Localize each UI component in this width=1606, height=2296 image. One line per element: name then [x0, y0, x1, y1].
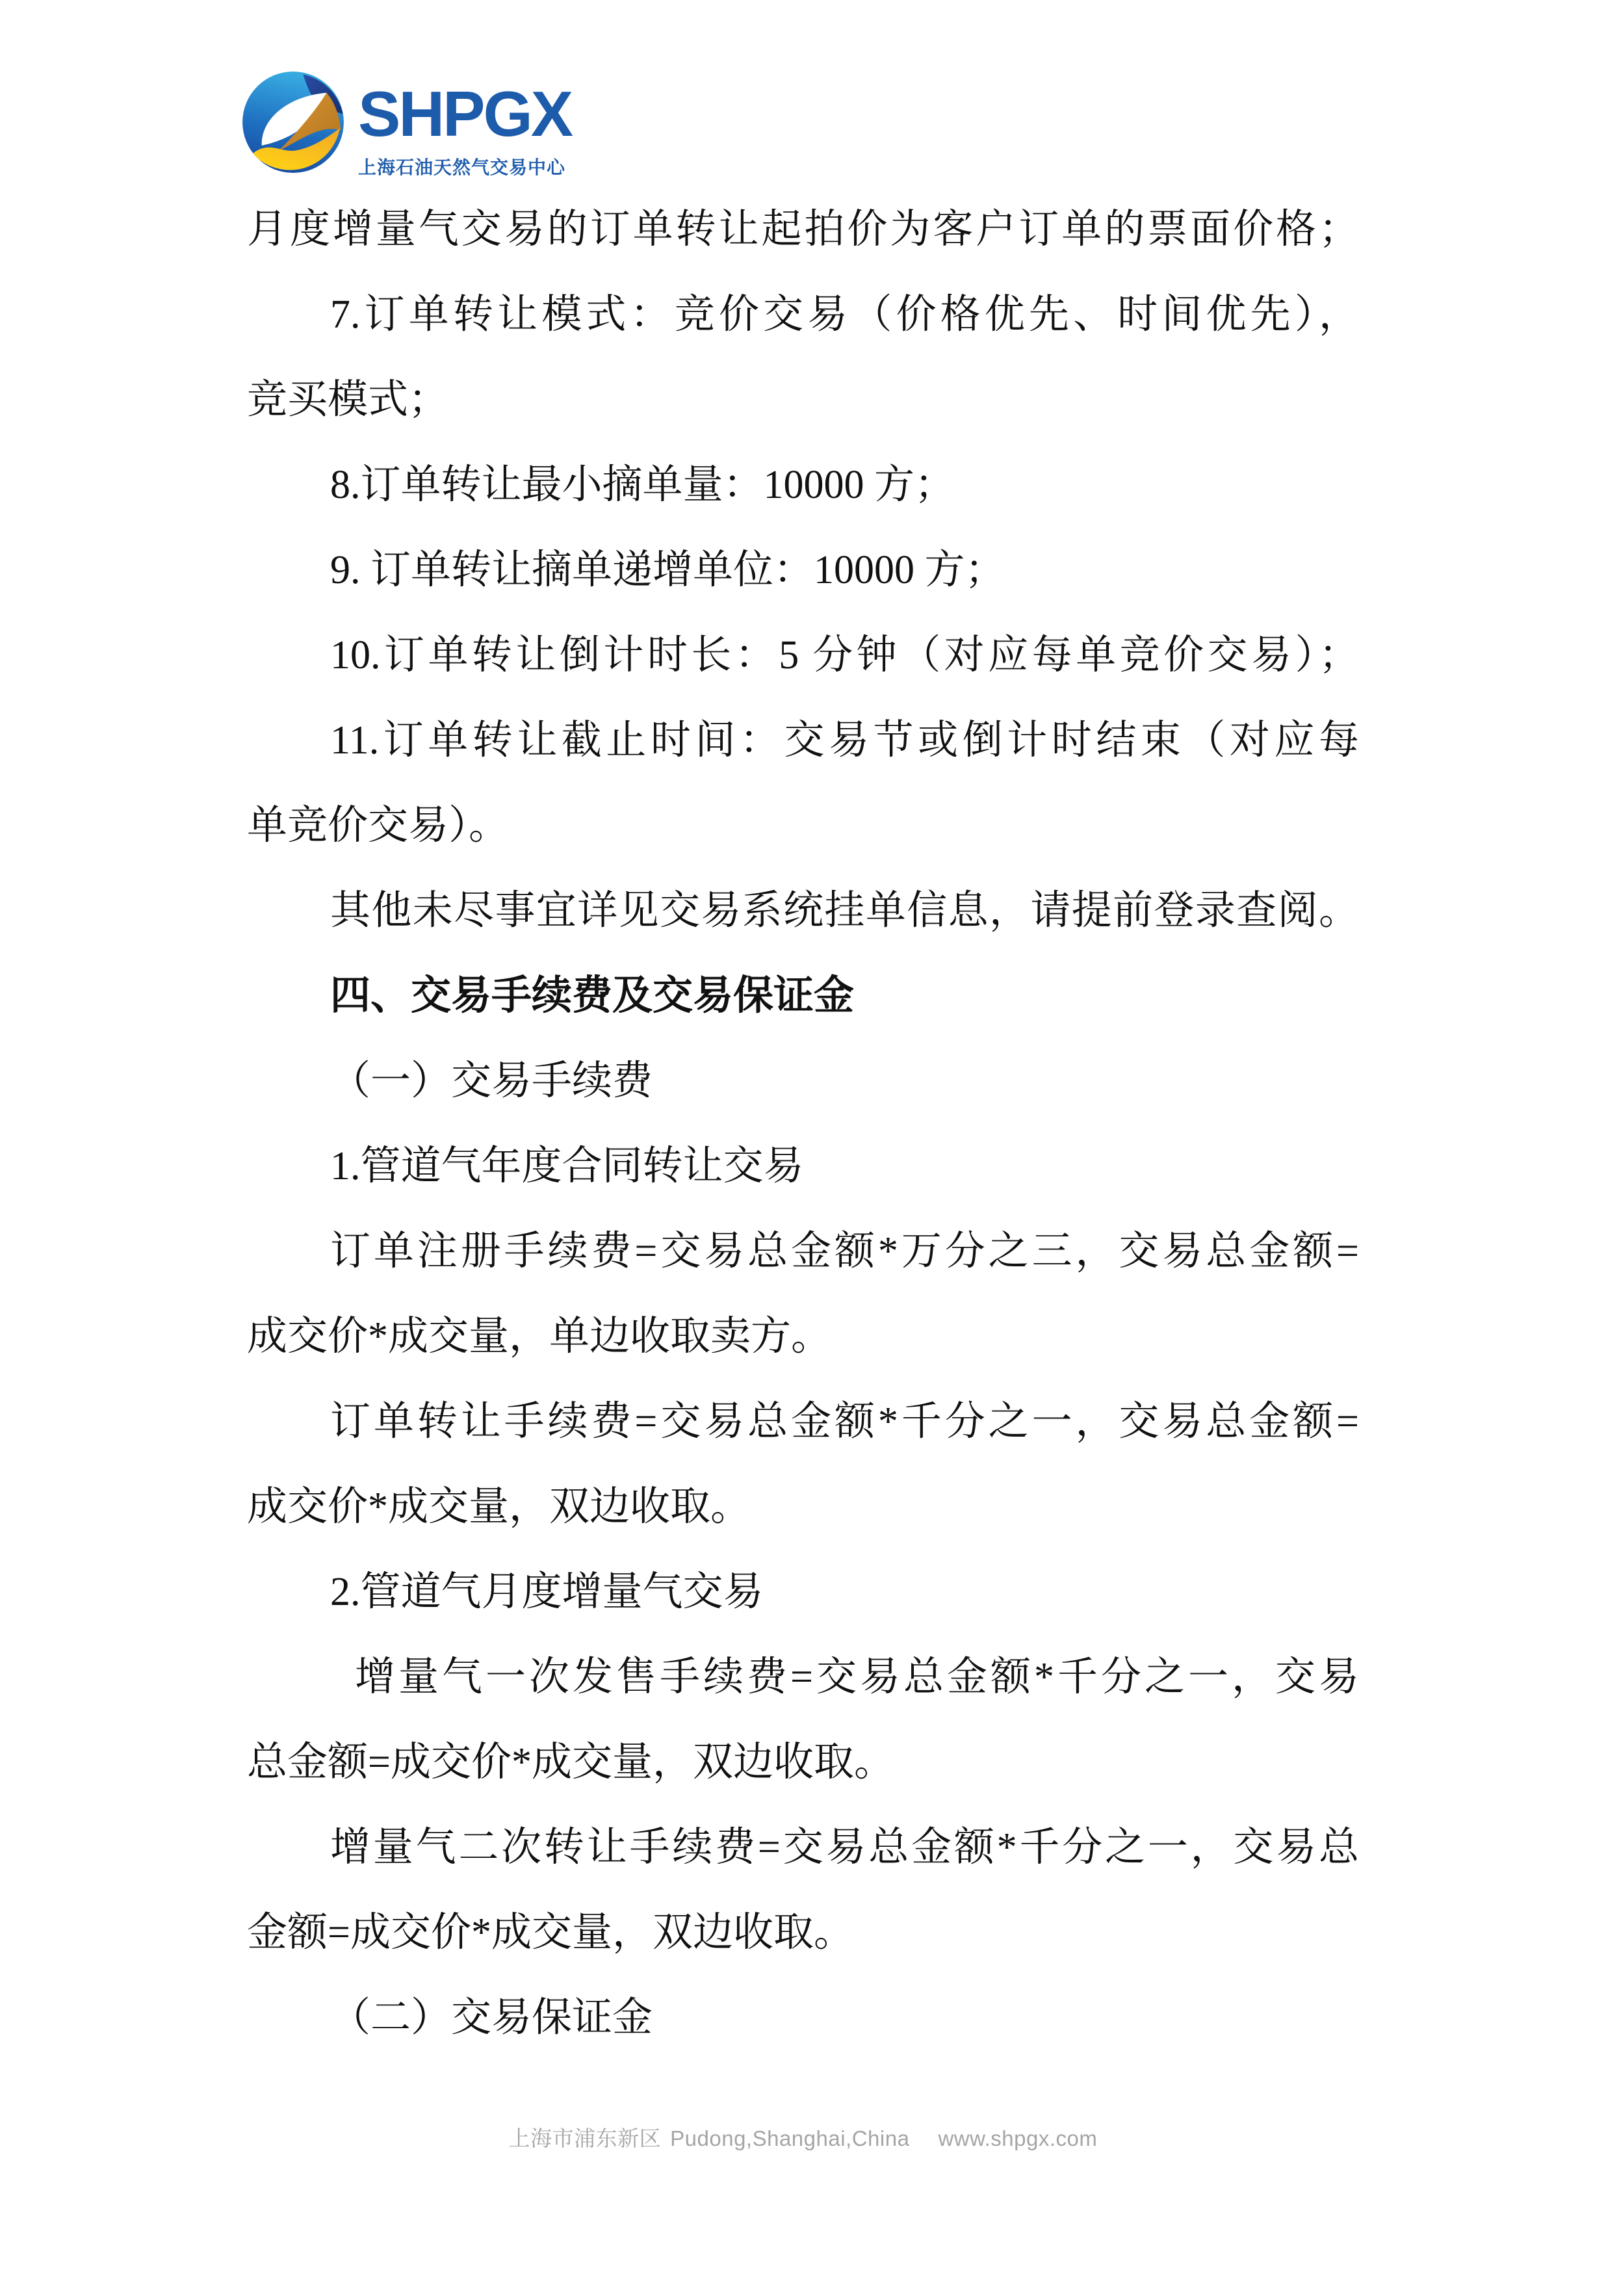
text-line: 月度增量气交易的订单转让起拍价为客户订单的票面价格； [247, 187, 1359, 272]
text-line: 增量气二次转让手续费=交易总金额*千分之一，交易总 [247, 1805, 1359, 1890]
page-footer: 上海市浦东新区Pudong,Shanghai,Chinawww.shpgx.co… [0, 2124, 1606, 2153]
text-line: （二）交易保证金 [247, 1976, 1359, 2061]
text-line: （一）交易手续费 [247, 1039, 1359, 1124]
text-line: 总金额=成交价*成交量，双边收取。 [247, 1720, 1359, 1805]
document-text: 月度增量气交易的订单转让起拍价为客户订单的票面价格；7.订单转让模式：竞价交易（… [247, 187, 1359, 2061]
text-line: 其他未尽事宜详见交易系统挂单信息，请提前登录查阅。 [247, 868, 1359, 954]
text-line: 竞买模式； [247, 358, 1359, 443]
shpgx-logo: SHPGX 上海石油天然气交易中心 [242, 72, 571, 174]
brand-block: SHPGX 上海石油天然气交易中心 [358, 72, 571, 179]
brand-wordmark: SHPGX [358, 82, 571, 146]
text-line: 增量气一次发售手续费=交易总金额*千分之一，交易 [247, 1635, 1359, 1720]
footer-address-en: Pudong,Shanghai,China [670, 2126, 909, 2150]
section-heading: 四、交易手续费及交易保证金 [247, 954, 1359, 1039]
text-line: 订单注册手续费=交易总金额*万分之三，交易总金额= [247, 1209, 1359, 1294]
text-line: 7.订单转让模式：竞价交易（价格优先、时间优先）， [247, 272, 1359, 358]
text-line: 2.管道气月度增量气交易 [247, 1550, 1359, 1635]
brand-tagline: 上海石油天然气交易中心 [358, 153, 571, 179]
text-line: 11.订单转让截止时间：交易节或倒计时结束（对应每 [247, 698, 1359, 783]
footer-website-url: www.shpgx.com [938, 2126, 1097, 2150]
text-line: 单竞价交易）。 [247, 783, 1359, 868]
text-line: 1.管道气年度合同转让交易 [247, 1124, 1359, 1209]
text-line: 成交价*成交量，单边收取卖方。 [247, 1294, 1359, 1379]
text-line: 8.订单转让最小摘单量：10000 方； [247, 443, 1359, 528]
footer-address-zh: 上海市浦东新区 [509, 2126, 662, 2150]
text-line: 金额=成交价*成交量，双边收取。 [247, 1890, 1359, 1976]
shpgx-globe-icon [242, 72, 344, 173]
text-line: 10.订单转让倒计时长：5 分钟（对应每单竞价交易）； [247, 613, 1359, 698]
text-line: 9. 订单转让摘单递增单位：10000 方； [247, 528, 1359, 613]
text-line: 成交价*成交量，双边收取。 [247, 1465, 1359, 1550]
text-line: 订单转让手续费=交易总金额*千分之一，交易总金额= [247, 1379, 1359, 1465]
